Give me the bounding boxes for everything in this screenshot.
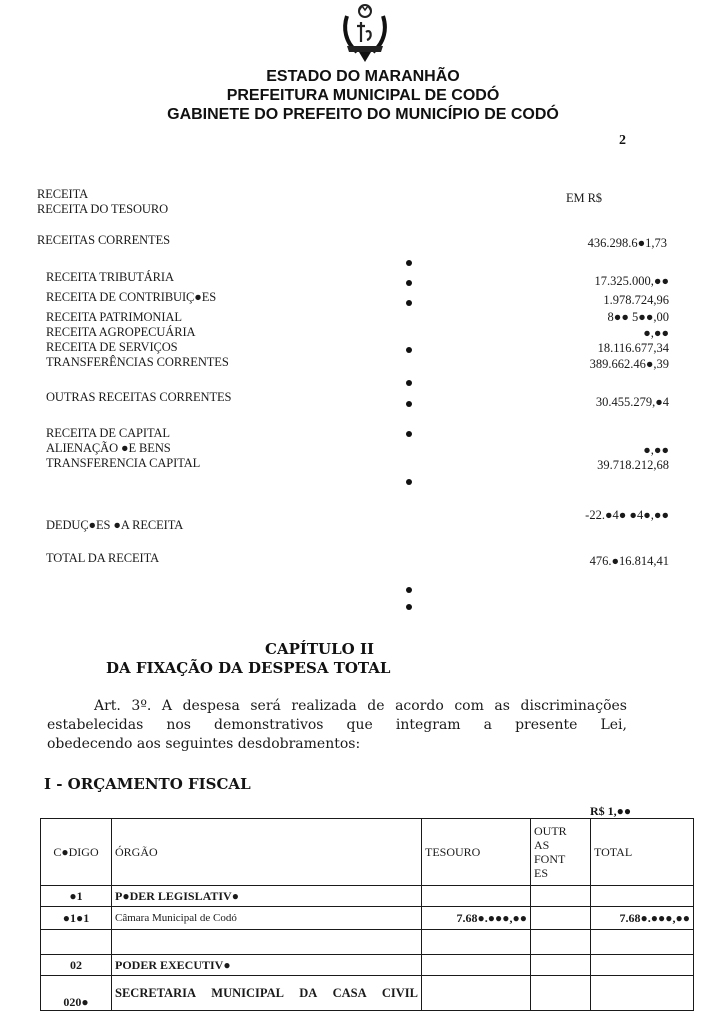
revenue-value: 436.298.6●1,73 [467,236,667,251]
table-row: 02 PODER EXECUTIV● [41,955,694,976]
page-number: 2 [619,133,626,149]
header-line: AS [534,838,587,852]
row-total: 7.68●.●●●,●● [591,907,694,930]
currency-unit: R$ 1,●● [590,804,631,819]
row-total [591,976,694,1011]
header-cabinet: GABINETE DO PREFEITO DO MUNICÍPIO DE COD… [0,106,726,124]
column-header-outras-fontes: OUTR AS FONT ES [531,819,591,886]
header-state: ESTADO DO MARANHÃO [0,68,726,86]
table-row: ●1●1 Câmara Municipal de Codó 7.68●.●●●,… [41,907,694,930]
table-header-row: C●DIGO ÓRGÃO TESOURO OUTR AS FONT ES TOT… [41,819,694,886]
article-line: obedecendo aos seguintes desdobramentos: [47,735,627,754]
column-header-code: C●DIGO [41,819,112,886]
row-total [591,930,694,955]
column-header-org: ÓRGÃO [112,819,422,886]
revenue-label: RECEITA DE SERVIÇOS [46,340,178,355]
fiscal-budget-table: C●DIGO ÓRGÃO TESOURO OUTR AS FONT ES TOT… [40,818,694,1011]
revenue-label: DEDUÇ●ES ●A RECEITA [46,518,183,533]
revenue-label: RECEITA DE CONTRIBUIÇ●ES [46,290,216,305]
bullet-icon [406,347,412,353]
row-org: PODER EXECUTIV● [112,955,422,976]
header-line: ES [534,866,587,880]
row-tesouro [422,955,531,976]
revenue-label: RECEITA DE CAPITAL [46,426,170,441]
revenue-label: RECEITA AGROPECUÁRIA [46,325,195,340]
revenue-label: TRANSFERÊNCIAS CORRENTES [46,355,229,370]
article-line: estabelecidas nos demonstrativos que int… [47,716,627,735]
article-line: Art. 3º. A despesa será realizada de aco… [47,697,627,716]
column-header-tesouro: TESOURO [422,819,531,886]
table-row: ●1 P●DER LEGISLATIV● [41,886,694,907]
bullet-icon [406,260,412,266]
header-prefecture: PREFEITURA MUNICIPAL DE CODÓ [0,87,726,105]
bullet-icon [406,280,412,286]
row-org: SECRETARIA MUNICIPAL DA CASA CIVIL [112,976,422,1011]
revenue-value: 1.978.724,96 [469,293,669,308]
revenue-label: RECEITA PATRIMONIAL [46,310,182,325]
row-outras [531,930,591,955]
row-tesouro [422,930,531,955]
row-outras [531,955,591,976]
row-code: 020● [41,976,112,1011]
revenue-subtitle: RECEITA DO TESOURO [37,202,168,217]
bullet-icon [406,479,412,485]
revenue-value: 17.325.000,●● [469,274,669,289]
row-tesouro: 7.68●.●●●,●● [422,907,531,930]
table-row: 020● SECRETARIA MUNICIPAL DA CASA CIVIL [41,976,694,1011]
table-row [41,930,694,955]
bullet-icon [406,431,412,437]
row-org: Câmara Municipal de Codó [112,907,422,930]
revenue-value: 389.662.46●,39 [469,357,669,372]
row-org: P●DER LEGISLATIV● [112,886,422,907]
revenue-value: ●,●● [469,443,669,458]
chapter-title: CAPÍTULO II [265,640,374,658]
row-code: 02 [41,955,112,976]
section-title: I - ORÇAMENTO FISCAL [44,775,251,793]
bullet-icon [406,380,412,386]
column-header-total: TOTAL [591,819,694,886]
header-line: FONT [534,852,587,866]
revenue-value: ●,●● [469,326,669,341]
revenue-value: 39.718.212,68 [469,458,669,473]
row-tesouro [422,886,531,907]
chapter-subtitle: DA FIXAÇÃO DA DESPESA TOTAL [106,659,390,677]
row-total [591,886,694,907]
bullet-icon [406,300,412,306]
revenue-value: 30.455.279,●4 [469,395,669,410]
revenue-value: 476.●16.814,41 [469,554,669,569]
row-code: ●1 [41,886,112,907]
revenue-title: RECEITA [37,187,88,202]
row-tesouro [422,976,531,1011]
revenue-label: TOTAL DA RECEITA [46,551,159,566]
bullet-icon [406,401,412,407]
revenue-label: OUTRAS RECEITAS CORRENTES [46,390,231,405]
row-org [112,930,422,955]
revenue-label: TRANSFERENCIA CAPITAL [46,456,200,471]
header-line: OUTR [534,824,587,838]
coat-of-arms-icon [333,2,397,64]
revenue-value: 18.116.677,34 [469,341,669,356]
revenue-value: -22.●4● ●4●,●● [469,508,669,523]
row-code [41,930,112,955]
bullet-icon [406,587,412,593]
article-3-paragraph: Art. 3º. A despesa será realizada de aco… [47,697,627,754]
revenue-label: RECEITA TRIBUTÁRIA [46,270,174,285]
row-code: ●1●1 [41,907,112,930]
row-outras [531,886,591,907]
revenue-label: RECEITAS CORRENTES [37,233,170,248]
revenue-label: ALIENAÇÃO ●E BENS [46,441,171,456]
row-outras [531,907,591,930]
revenue-value: 8●● 5●●,00 [469,310,669,325]
row-outras [531,976,591,1011]
row-total [591,955,694,976]
bullet-icon [406,604,412,610]
currency-label: EM R$ [566,191,602,206]
